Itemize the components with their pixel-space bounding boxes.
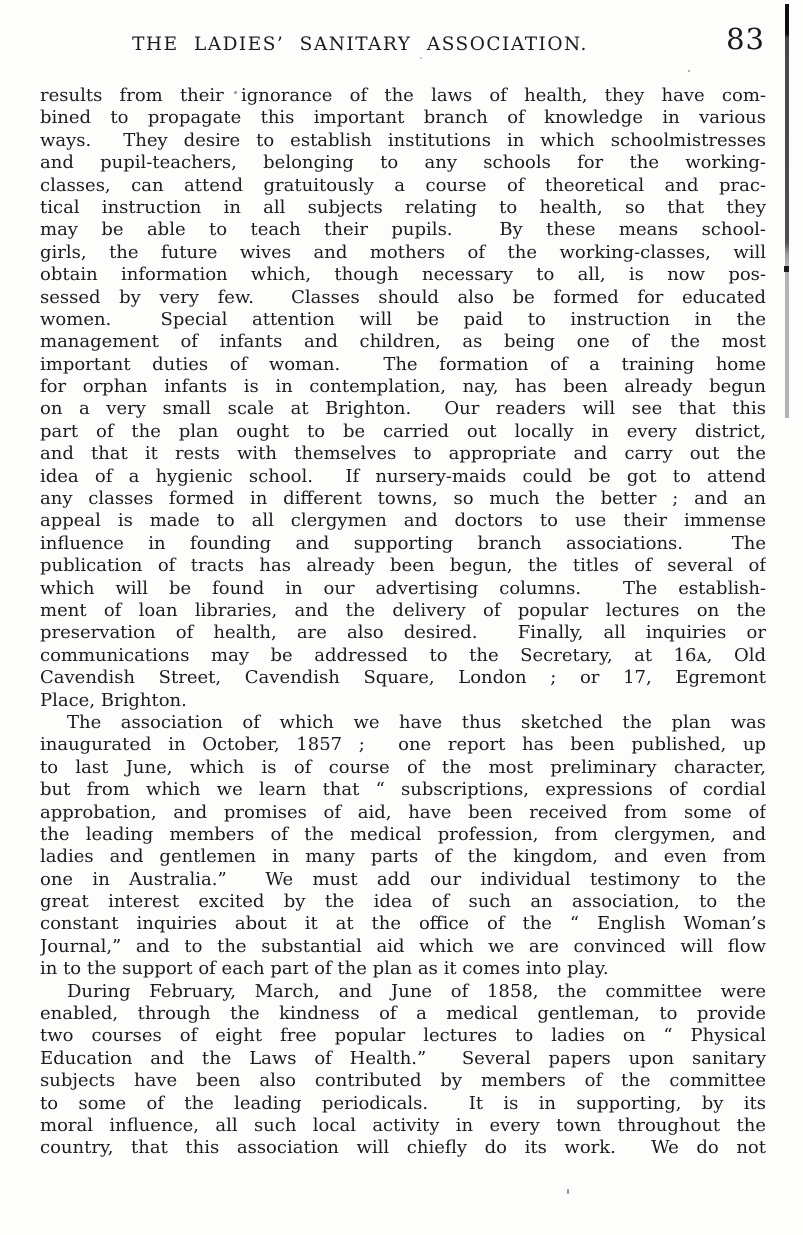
text-line: great interest excited by the idea of su…	[40, 891, 766, 913]
text-line: country, that this association will chie…	[40, 1137, 766, 1159]
text-line: communications may be addressed to the S…	[40, 645, 766, 667]
text-line: management of infants and children, as b…	[40, 331, 766, 353]
text-line: classes, can attend gratuitously a cours…	[40, 175, 766, 197]
text-line: on a very small scale at Brighton. Our r…	[40, 398, 766, 420]
paragraph: results from their ignorance of the laws…	[40, 85, 766, 712]
scanned-book-page: THE LADIES’ SANITARY ASSOCIATION. 83 res…	[0, 0, 803, 1235]
text-line: tical instruction in all subjects relati…	[40, 197, 766, 219]
text-line: Journal,” and to the substantial aid whi…	[40, 936, 766, 958]
text-line: moral influence, all such local activity…	[40, 1115, 766, 1137]
text-line: results from their ignorance of the laws…	[40, 85, 766, 107]
text-line: publication of tracts has already been b…	[40, 555, 766, 577]
text-line: to last June, which is of course of the …	[40, 757, 766, 779]
scan-speck	[420, 57, 422, 59]
text-line: preservation of health, are also desired…	[40, 622, 766, 644]
scan-speck	[567, 1189, 569, 1194]
text-line: to some of the leading periodicals. It i…	[40, 1093, 766, 1115]
text-line: one in Australia.” We must add our indiv…	[40, 869, 766, 891]
text-line: obtain information which, though necessa…	[40, 264, 766, 286]
page-number: 83	[726, 25, 765, 54]
page-header-title: THE LADIES’ SANITARY ASSOCIATION.	[0, 36, 720, 55]
paragraph: The association of which we have thus sk…	[40, 712, 766, 981]
text-line: bined to propagate this important branch…	[40, 107, 766, 129]
text-line: ladies and gentlemen in many parts of th…	[40, 846, 766, 868]
text-line: approbation, and promises of aid, have b…	[40, 802, 766, 824]
text-line: the leading members of the medical profe…	[40, 824, 766, 846]
text-line: idea of a hygienic school. If nursery-ma…	[40, 466, 766, 488]
text-line: ways. They desire to establish instituti…	[40, 130, 766, 152]
text-line: part of the plan ought to be carried out…	[40, 421, 766, 443]
article-body: results from their ignorance of the laws…	[40, 85, 766, 1160]
text-line: enabled, through the kindness of a medic…	[40, 1003, 766, 1025]
text-line: appeal is made to all clergymen and doct…	[40, 510, 766, 532]
text-line: may be able to teach their pupils. By th…	[40, 219, 766, 241]
text-line: and that it rests with themselves to app…	[40, 443, 766, 465]
text-line: important duties of woman. The formation…	[40, 354, 766, 376]
paragraph: During February, March, and June of 1858…	[40, 981, 766, 1160]
text-line: During February, March, and June of 1858…	[40, 981, 766, 1003]
scan-speck	[688, 70, 690, 72]
text-line: for orphan infants is in contemplation, …	[40, 376, 766, 398]
text-line: which will be found in our advertising c…	[40, 578, 766, 600]
text-line: ment of loan libraries, and the delivery…	[40, 600, 766, 622]
scan-edge-artifact-tick	[784, 266, 789, 272]
text-line: Place, Brighton.	[40, 690, 766, 712]
text-line: Cavendish Street, Cavendish Square, Lond…	[40, 667, 766, 689]
text-line: influence in founding and supporting bra…	[40, 533, 766, 555]
scan-edge-artifact	[785, 4, 789, 418]
text-line: The association of which we have thus sk…	[40, 712, 766, 734]
text-line: inaugurated in October, 1857 ; one repor…	[40, 734, 766, 756]
text-line: subjects have been also contributed by m…	[40, 1070, 766, 1092]
text-line: sessed by very few. Classes should also …	[40, 287, 766, 309]
text-line: in to the support of each part of the pl…	[40, 958, 766, 980]
text-line: and pupil-teachers, belonging to any sch…	[40, 152, 766, 174]
text-line: but from which we learn that “ subscript…	[40, 779, 766, 801]
scan-speck	[234, 91, 237, 94]
text-line: women. Special attention will be paid to…	[40, 309, 766, 331]
text-line: any classes formed in different towns, s…	[40, 488, 766, 510]
text-line: girls, the future wives and mothers of t…	[40, 242, 766, 264]
text-line: constant inquiries about it at the offic…	[40, 913, 766, 935]
text-line: two courses of eight free popular lectur…	[40, 1025, 766, 1047]
text-line: Education and the Laws of Health.” Sever…	[40, 1048, 766, 1070]
